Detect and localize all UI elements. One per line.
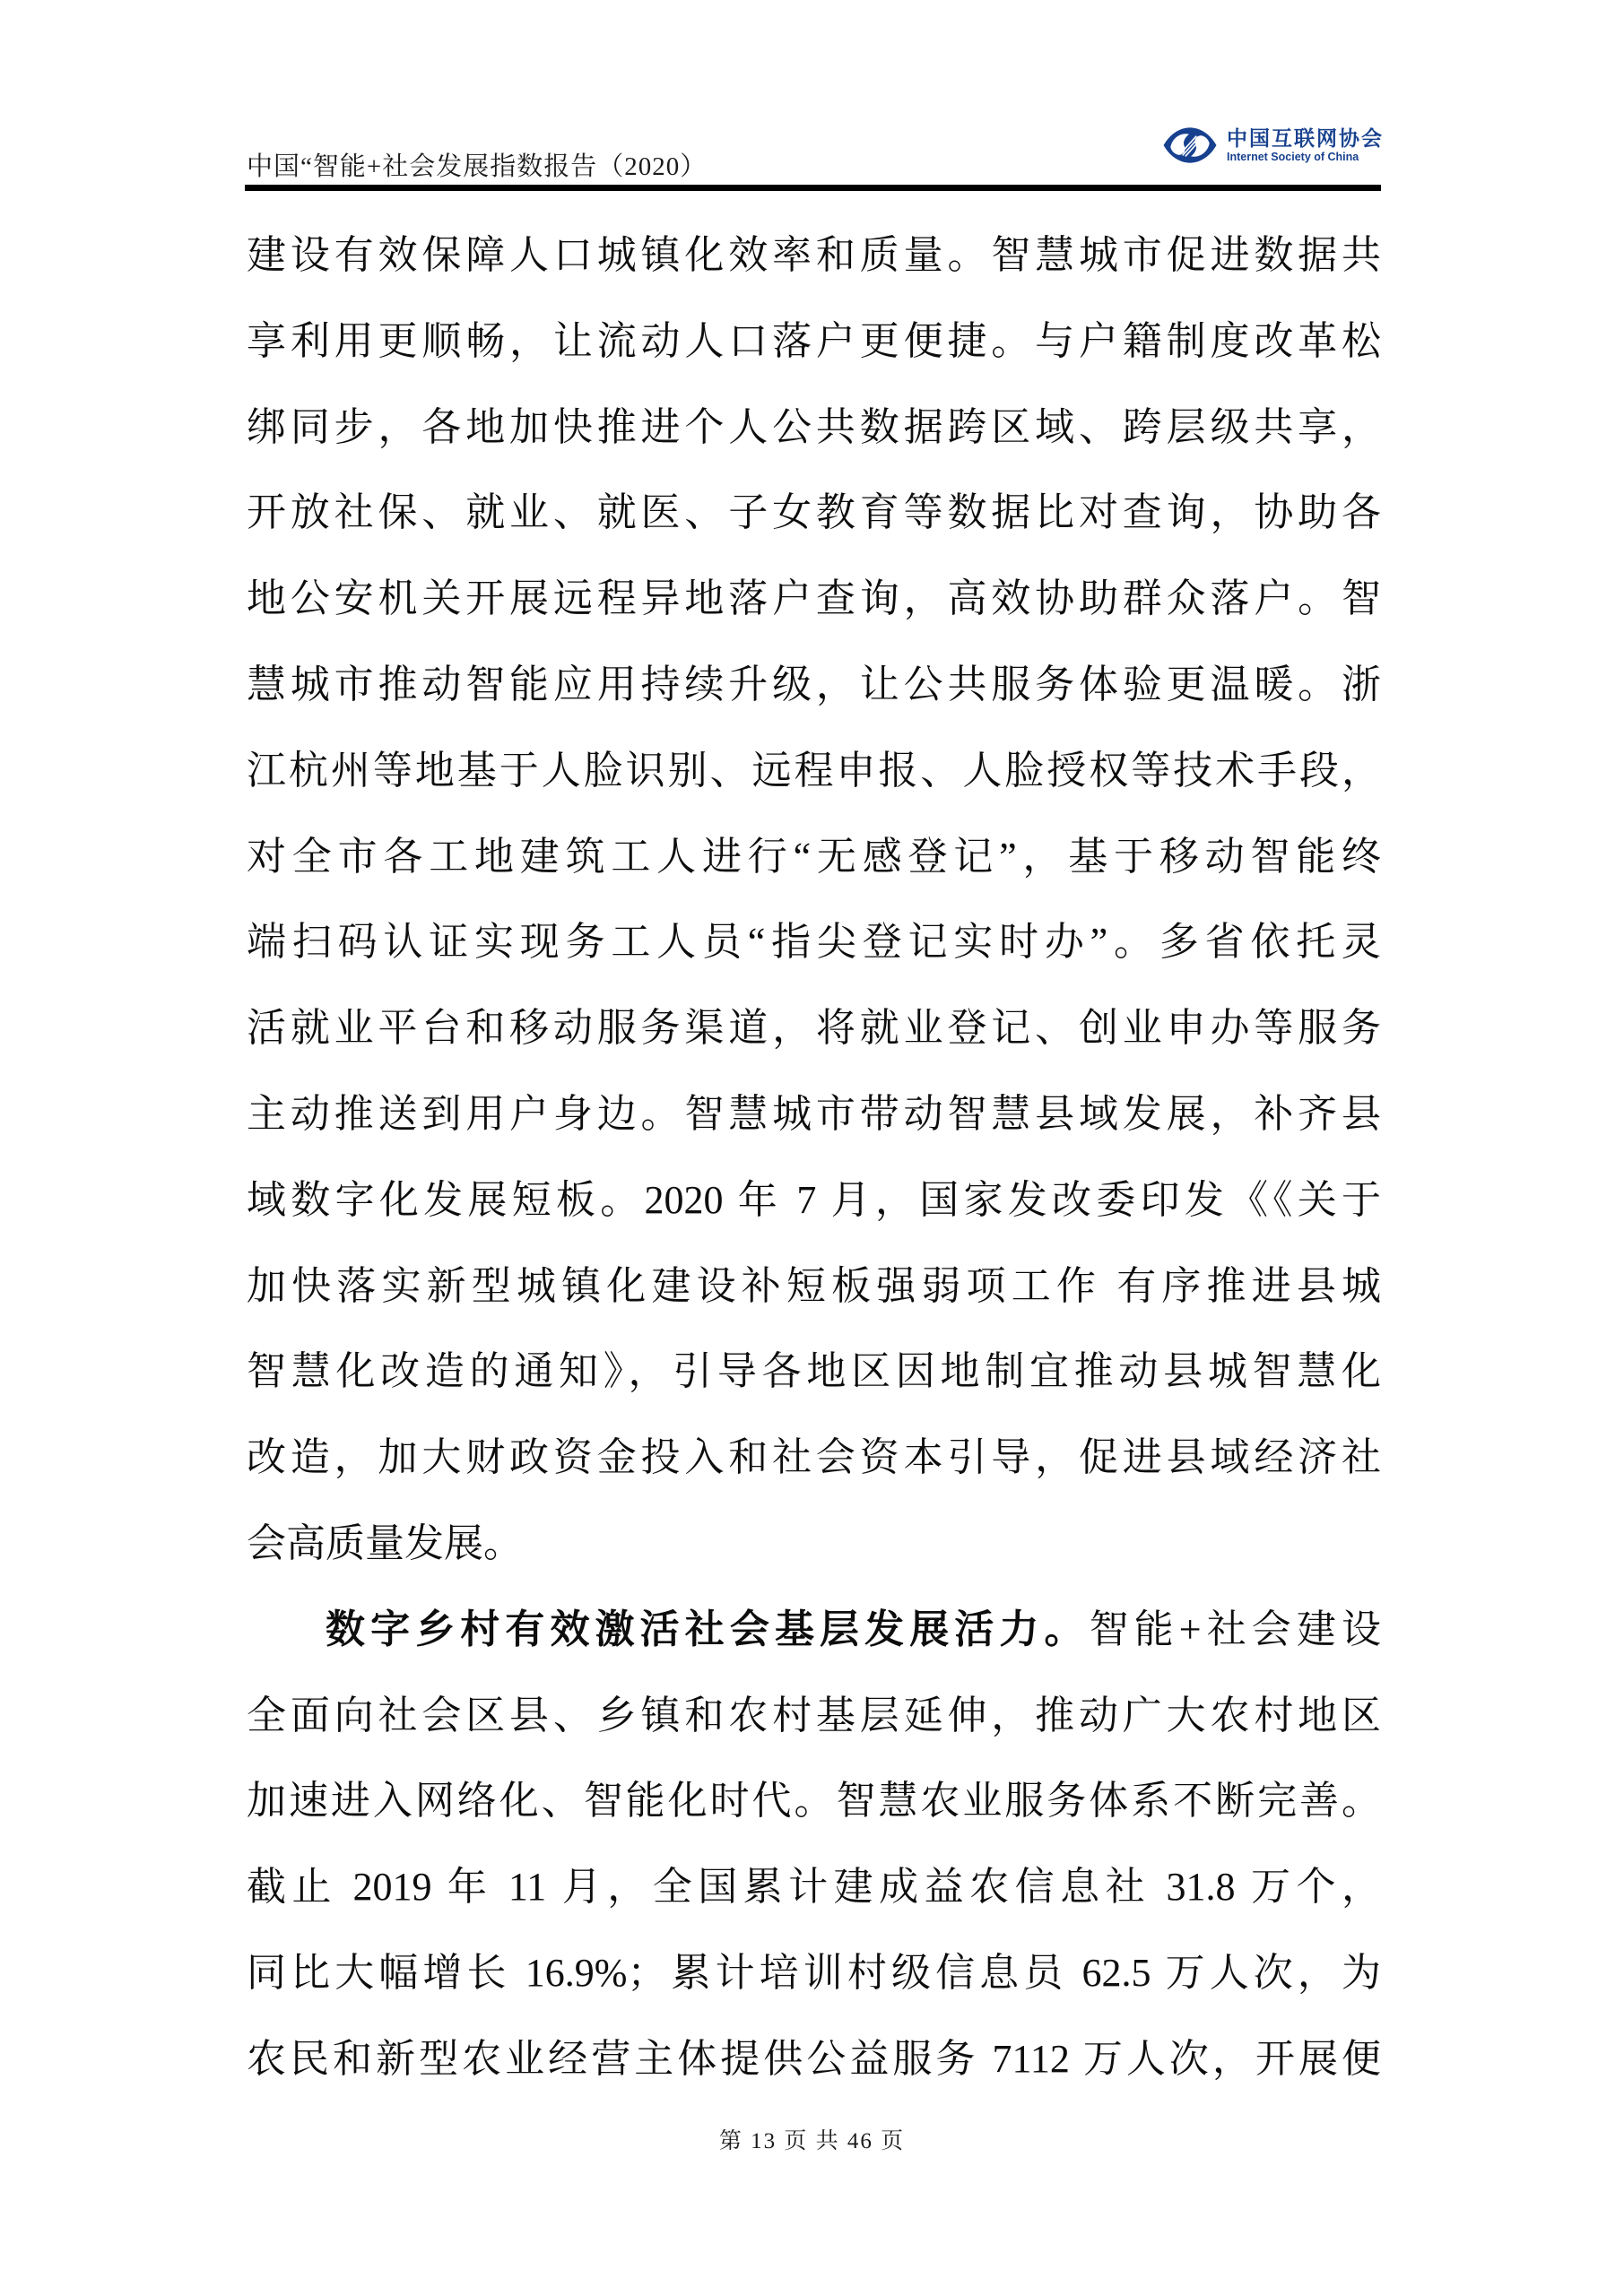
isc-logo-name-cn: 中国互联网协会: [1227, 127, 1384, 150]
text-line: 主动推送到用户身边。智慧城市带动智慧县域发展，补齐县: [247, 1071, 1381, 1157]
text-line: 改造，加大财政资金投入和社会资本引导，促进县域经济社: [247, 1415, 1381, 1501]
text-line: 数字乡村有效激活社会基层发展活力。智能+社会建设: [247, 1587, 1381, 1673]
text-line: 活就业平台和移动服务渠道，将就业登记、创业申办等服务: [247, 985, 1381, 1071]
text-line: 对全市各工地建筑工人进行“无感登记”，基于移动智能终: [247, 814, 1381, 900]
page-footer: 第 13 页 共 46 页: [0, 2123, 1624, 2155]
header-rule: [245, 185, 1381, 191]
text-line: 截止 2019 年 11 月，全国累计建成益农信息社 31.8 万个，: [247, 1844, 1381, 1930]
isc-lens-swirl-icon: [1162, 126, 1218, 165]
text-line: 加快落实新型城镇化建设补短板强弱项工作 有序推进县城: [247, 1243, 1381, 1330]
isc-logo-name-en: Internet Society of China: [1227, 150, 1384, 164]
text-line: 域数字化发展短板。2020 年 7 月，国家发改委印发《《关于: [247, 1157, 1381, 1243]
body-lines: 建设有效保障人口城镇化效率和质量。智慧城市促进数据共享利用更顺畅，让流动人口落户…: [247, 212, 1381, 2102]
header-doc-title: 中国“智能+社会发展指数报告（2020）: [247, 151, 707, 183]
text-line: 开放社保、就业、就医、子女教育等数据比对查询，协助各: [247, 470, 1381, 556]
text-line: 享利用更顺畅，让流动人口落户更便捷。与户籍制度改革松: [247, 299, 1381, 385]
bold-lead-text: 数字乡村有效激活社会基层发展活力。: [326, 1607, 1090, 1651]
text-line: 农民和新型农业经营主体提供公益服务 7112 万人次，开展便: [247, 2016, 1381, 2102]
isc-logo-text: 中国互联网协会 Internet Society of China: [1227, 127, 1384, 164]
text-line: 加速进入网络化、智能化时代。智慧农业服务体系不断完善。: [247, 1758, 1381, 1844]
text-line: 建设有效保障人口城镇化效率和质量。智慧城市促进数据共: [247, 212, 1381, 299]
document-page: 中国“智能+社会发展指数报告（2020） 中国互联网协会 Internet So…: [0, 0, 1624, 2296]
text-line: 会高质量发展。: [247, 1501, 1381, 1587]
text-line: 慧城市推动智能应用持续升级，让公共服务体验更温暖。浙: [247, 642, 1381, 728]
text-line: 江杭州等地基于人脸识别、远程申报、人脸授权等技术手段，: [247, 728, 1381, 814]
text-line: 同比大幅增长 16.9%；累计培训村级信息员 62.5 万人次，为: [247, 1930, 1381, 2016]
text-line: 地公安机关开展远程异地落户查询，高效协助群众落户。智: [247, 556, 1381, 642]
text-line: 端扫码认证实现务工人员“指尖登记实时办”。多省依托灵: [247, 899, 1381, 985]
text-line: 绑同步，各地加快推进个人公共数据跨区域、跨层级共享，: [247, 385, 1381, 471]
isc-logo: 中国互联网协会 Internet Society of China: [1162, 126, 1384, 165]
page-number: 第 13 页 共 46 页: [719, 2129, 905, 2153]
text-line: 智慧化改造的通知》，引导各地区因地制宜推动县城智慧化: [247, 1329, 1381, 1415]
text-line: 全面向社会区县、乡镇和农村基层延伸，推动广大农村地区: [247, 1673, 1381, 1759]
